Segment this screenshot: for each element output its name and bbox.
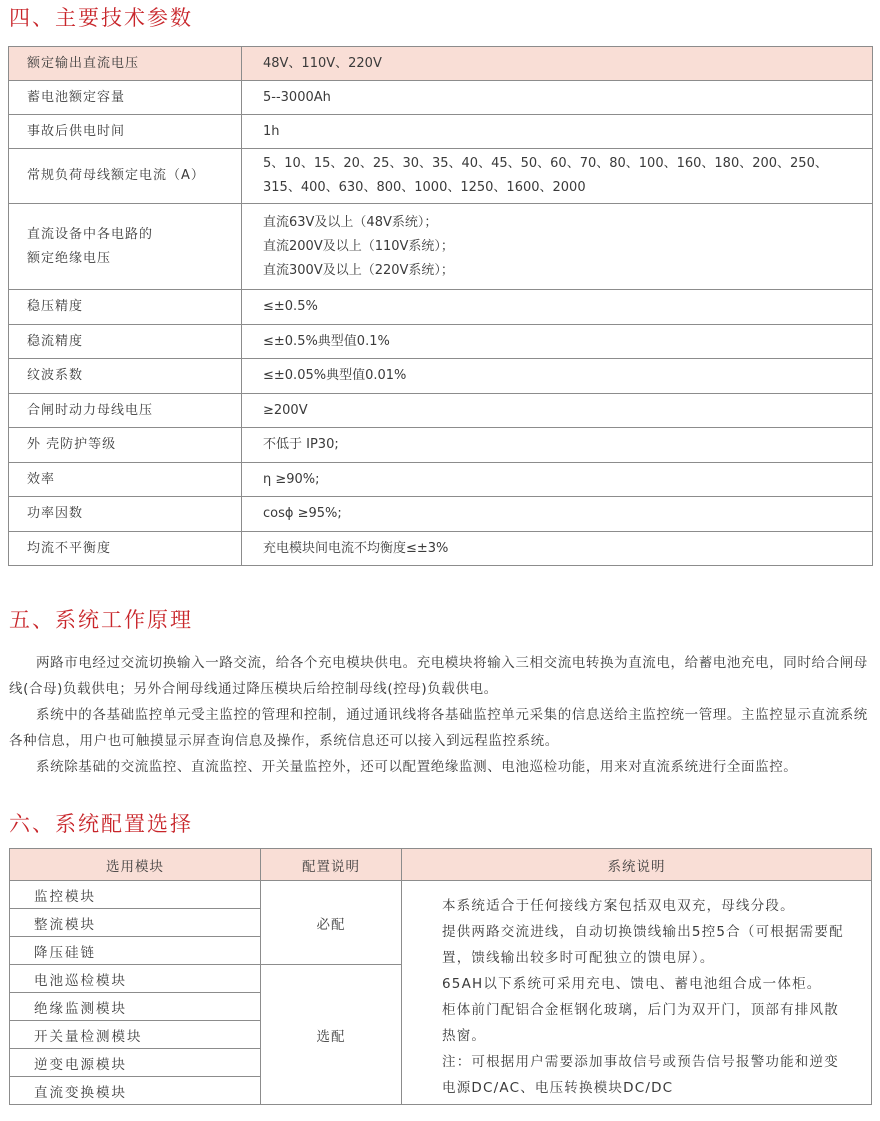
table-row: 监控模块 必配 本系统适合于任何接线方案包括双电双充，母线分段。 提供两路交流进…: [10, 881, 872, 909]
header-module: 选用模块: [10, 849, 261, 881]
table-row: 额定输出直流电压 48V、110V、220V: [9, 47, 873, 81]
param-name: 蓄电池额定容量: [9, 81, 242, 115]
module-name: 直流变换模块: [10, 1077, 261, 1105]
table-row: 稳压精度 ≤±0.5%: [9, 290, 873, 325]
param-name: 均流不平衡度: [9, 532, 242, 566]
config-required: 必配: [261, 881, 402, 965]
table-row: 常规负荷母线额定电流（A） 5、10、15、20、25、30、35、40、45、…: [9, 149, 873, 204]
table-row: 纹波系数 ≤±0.05%典型值0.01%: [9, 359, 873, 394]
paragraph: 两路市电经过交流切换输入一路交流，给各个充电模块供电。充电模块将输入三相交流电转…: [9, 650, 871, 702]
description-line: 柜体前门配铝合金框钢化玻璃，后门为双开门，顶部有排风散热窗。: [442, 997, 851, 1049]
paragraph: 系统除基础的交流监控、直流监控、开关量监控外，还可以配置绝缘监测、电池巡检功能，…: [9, 754, 871, 780]
module-name: 开关量检测模块: [10, 1021, 261, 1049]
header-config: 配置说明: [261, 849, 402, 881]
module-name: 监控模块: [10, 881, 261, 909]
param-value: η ≥90%;: [242, 463, 873, 497]
table-row: 稳流精度 ≤±0.5%典型值0.1%: [9, 325, 873, 359]
config-optional: 选配: [261, 965, 402, 1105]
working-principle-text: 两路市电经过交流切换输入一路交流，给各个充电模块供电。充电模块将输入三相交流电转…: [9, 650, 871, 780]
system-description: 本系统适合于任何接线方案包括双电双充，母线分段。 提供两路交流进线，自动切换馈线…: [402, 881, 872, 1105]
description-line: 本系统适合于任何接线方案包括双电双充，母线分段。: [442, 893, 851, 919]
param-name: 合闸时动力母线电压: [9, 394, 242, 428]
value-line: 315、400、630、800、1000、1250、1600、2000: [263, 176, 872, 200]
description-line: 注：可根据用户需要添加事故信号或预告信号报警功能和逆变电源DC/AC、电压转换模…: [442, 1049, 851, 1101]
config-selection-table: 选用模块 配置说明 系统说明 监控模块 必配 本系统适合于任何接线方案包括双电双…: [9, 848, 872, 1105]
header-system: 系统说明: [402, 849, 872, 881]
table-row: 直流设备中各电路的 额定绝缘电压 直流63V及以上（48V系统）； 直流200V…: [9, 204, 873, 290]
table-row: 事故后供电时间 1h: [9, 115, 873, 149]
param-value: 1h: [242, 115, 873, 149]
param-name: 外 壳防护等级: [9, 428, 242, 463]
module-name: 整流模块: [10, 909, 261, 937]
paragraph: 系统中的各基础监控单元受主监控的管理和控制，通过通讯线将各基础监控单元采集的信息…: [9, 702, 871, 754]
param-value: ≥200V: [242, 394, 873, 428]
table-row: 蓄电池额定容量 5--3000Ah: [9, 81, 873, 115]
module-name: 绝缘监测模块: [10, 993, 261, 1021]
section-title-tech-params: 四、主要技术参数: [9, 4, 193, 32]
value-line: 直流63V及以上（48V系统）；: [263, 211, 872, 235]
param-value: 不低于 IP30;: [242, 428, 873, 463]
section-title-config-selection: 六、系统配置选择: [9, 810, 193, 838]
param-value: 充电模块间电流不均衡度≤±3%: [242, 532, 873, 566]
param-name: 稳压精度: [9, 290, 242, 325]
param-value: 48V、110V、220V: [242, 47, 873, 81]
param-value: 5--3000Ah: [242, 81, 873, 115]
value-line: 5、10、15、20、25、30、35、40、45、50、60、70、80、10…: [263, 152, 872, 176]
param-name: 额定输出直流电压: [9, 47, 242, 81]
param-value: ≤±0.5%典型值0.1%: [242, 325, 873, 359]
param-value: 5、10、15、20、25、30、35、40、45、50、60、70、80、10…: [242, 149, 873, 204]
param-value: ≤±0.05%典型值0.01%: [242, 359, 873, 394]
table-row: 功率因数 cosϕ ≥95%;: [9, 497, 873, 532]
value-line: 直流200V及以上（110V系统）；: [263, 235, 872, 259]
param-value: ≤±0.5%: [242, 290, 873, 325]
description-line: 65AH以下系统可采用充电、馈电、蓄电池组合成一体柜。: [442, 971, 851, 997]
module-name: 电池巡检模块: [10, 965, 261, 993]
param-name: 纹波系数: [9, 359, 242, 394]
name-line: 直流设备中各电路的: [27, 223, 241, 247]
value-line: 直流300V及以上（220V系统）；: [263, 259, 872, 283]
table-row: 均流不平衡度 充电模块间电流不均衡度≤±3%: [9, 532, 873, 566]
param-name: 功率因数: [9, 497, 242, 532]
table-header-row: 选用模块 配置说明 系统说明: [10, 849, 872, 881]
section-title-working-principle: 五、系统工作原理: [9, 606, 193, 634]
param-name: 稳流精度: [9, 325, 242, 359]
param-value: 直流63V及以上（48V系统）； 直流200V及以上（110V系统）； 直流30…: [242, 204, 873, 290]
module-name: 逆变电源模块: [10, 1049, 261, 1077]
name-line: 额定绝缘电压: [27, 247, 241, 271]
table-row: 合闸时动力母线电压 ≥200V: [9, 394, 873, 428]
tech-params-table: 额定输出直流电压 48V、110V、220V 蓄电池额定容量 5--3000Ah…: [8, 46, 873, 566]
table-row: 效率 η ≥90%;: [9, 463, 873, 497]
table-row: 外 壳防护等级 不低于 IP30;: [9, 428, 873, 463]
param-name: 事故后供电时间: [9, 115, 242, 149]
param-value: cosϕ ≥95%;: [242, 497, 873, 532]
description-line: 提供两路交流进线，自动切换馈线输出5控5合（可根据需要配置，馈线输出较多时可配独…: [442, 919, 851, 971]
module-name: 降压硅链: [10, 937, 261, 965]
param-name: 直流设备中各电路的 额定绝缘电压: [9, 204, 242, 290]
param-name: 常规负荷母线额定电流（A）: [9, 149, 242, 204]
param-name: 效率: [9, 463, 242, 497]
